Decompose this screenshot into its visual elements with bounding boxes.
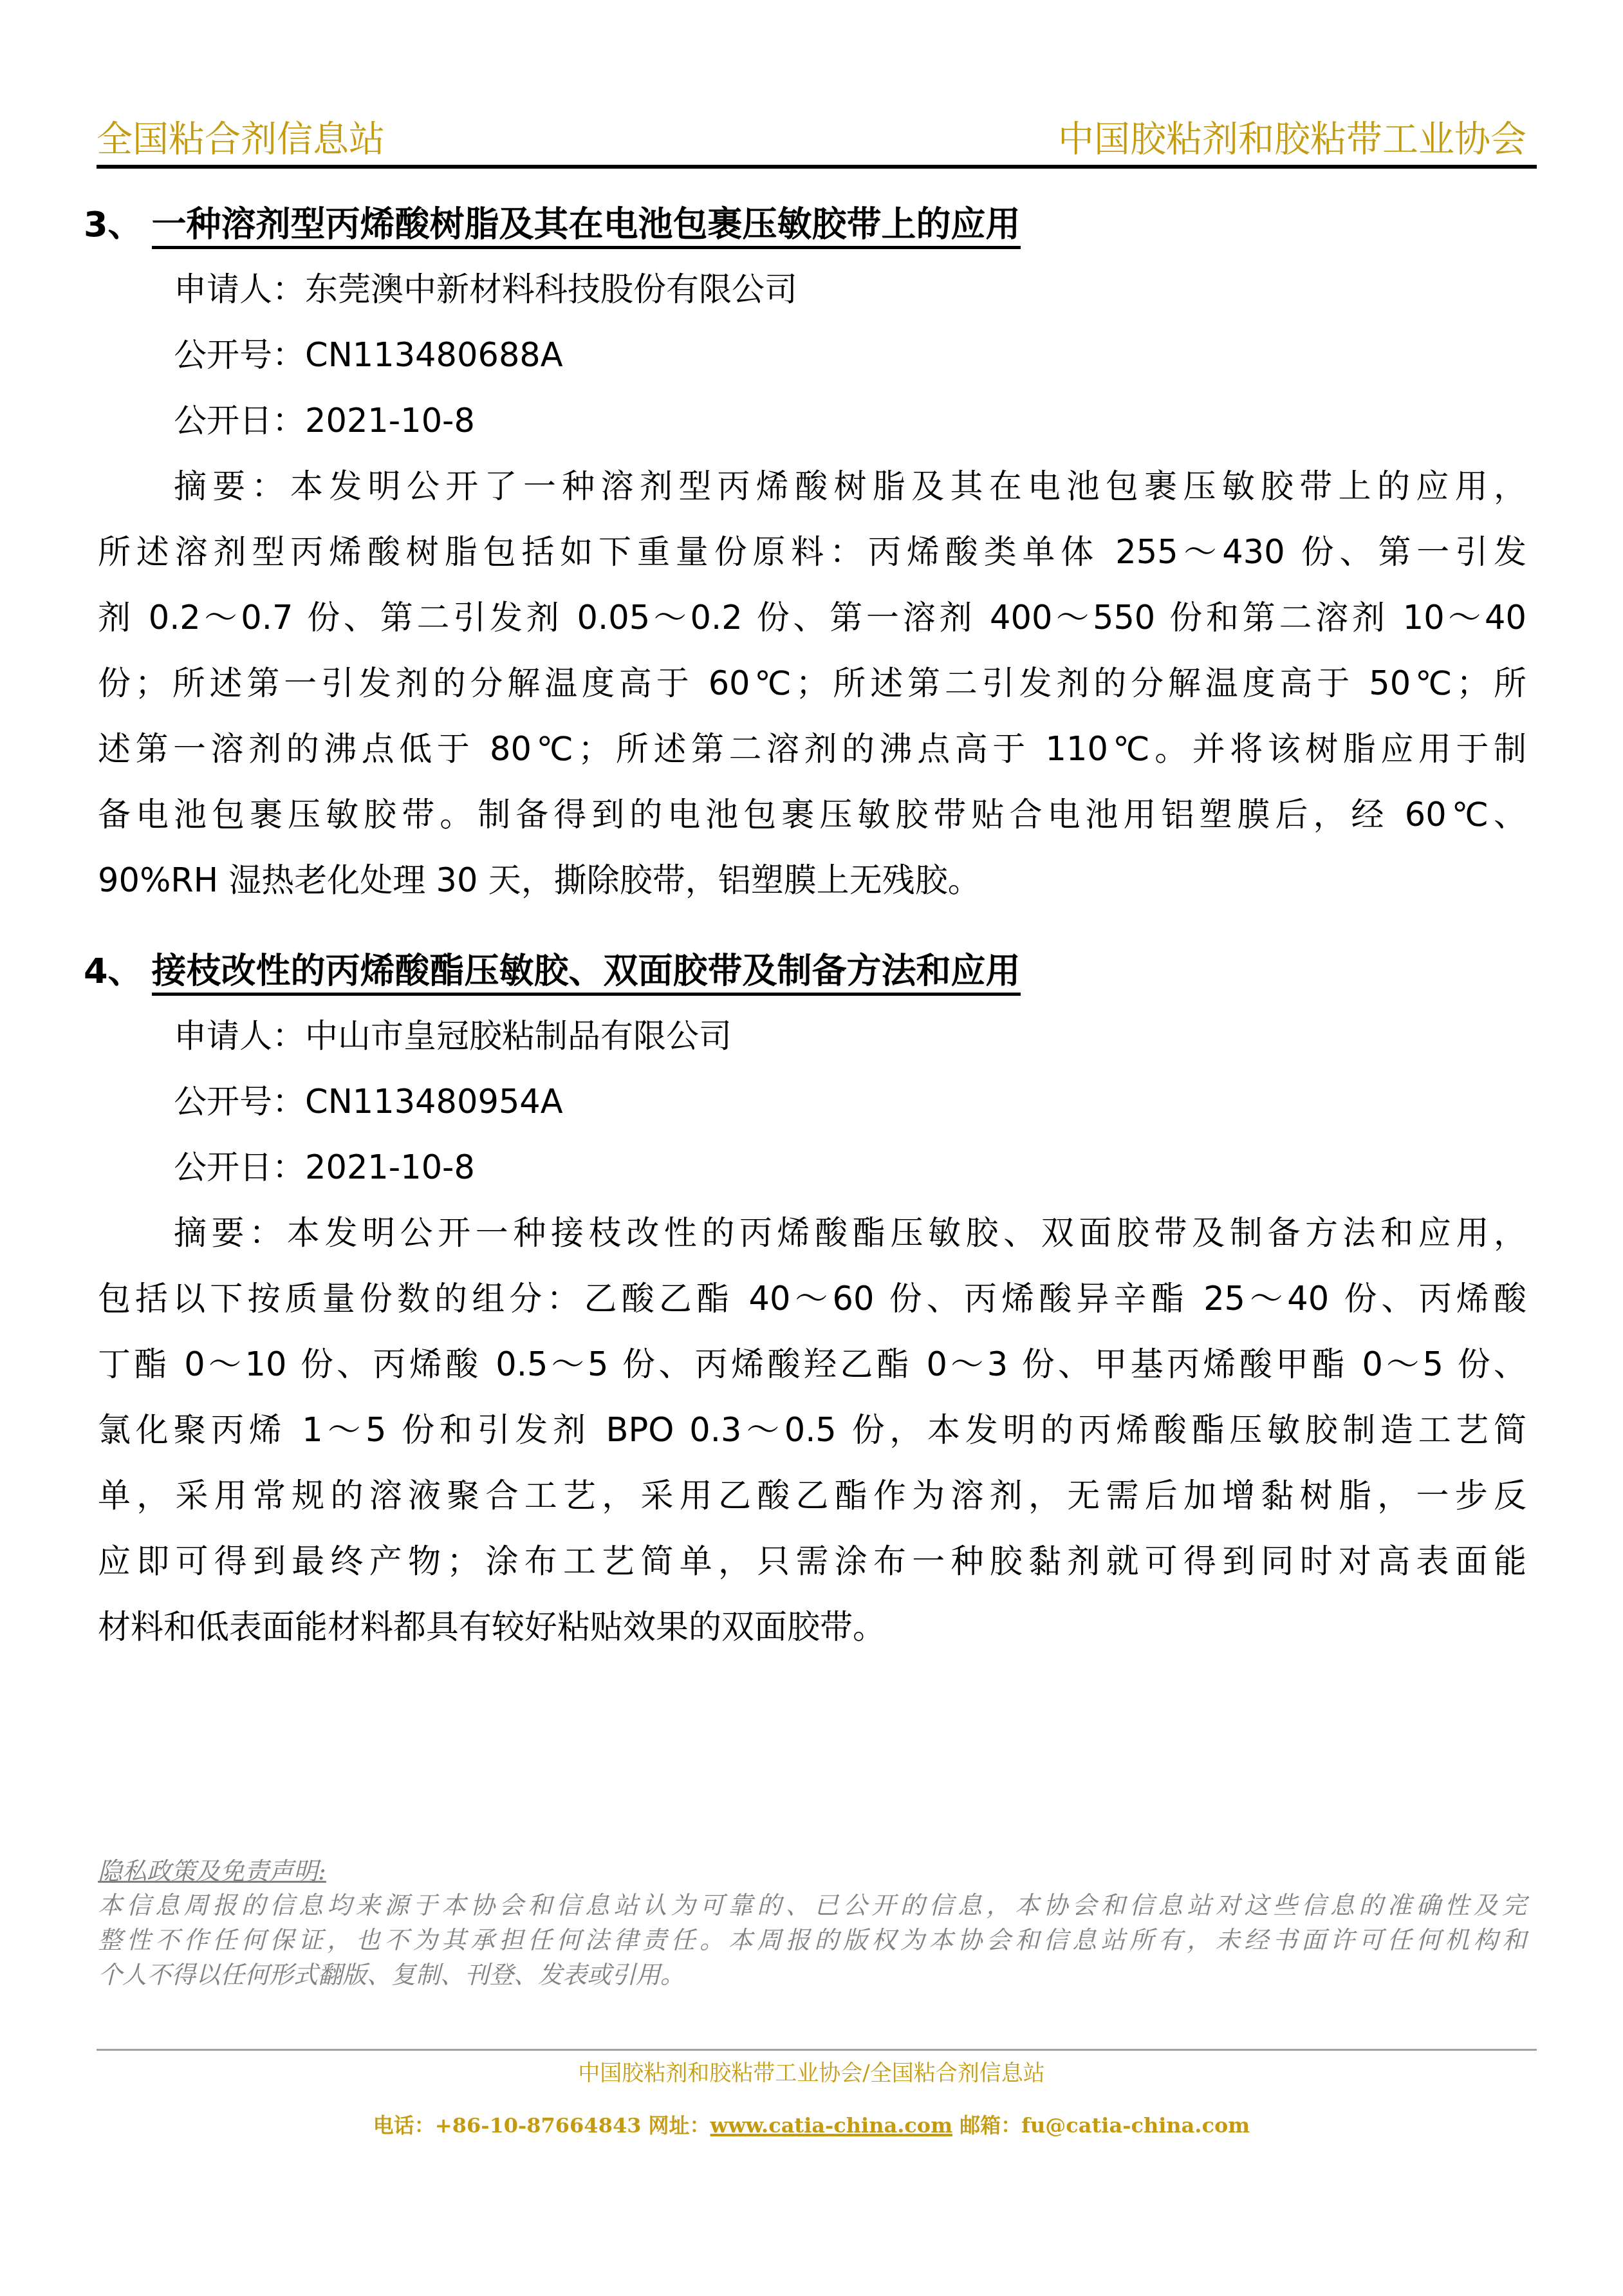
phone-label: 电话： [373, 2113, 435, 2138]
pub-date-label: 公开日： [174, 1149, 305, 1187]
section-4-abstract-line: 丁酯 0～10 份、丙烯酸 0.5～5 份、丙烯酸羟乙酯 0～3 份、甲基丙烯酸… [98, 1343, 1526, 1388]
section-4-abstract-line: 单，采用常规的溶液聚合工艺，采用乙酸乙酯作为溶剂，无需后加增黏树脂，一步反 [98, 1474, 1526, 1519]
disclaimer-title: 隐私政策及免责声明: [98, 1855, 326, 1887]
header-association-title: 中国胶粘剂和胶粘带工业协会 [1058, 117, 1526, 162]
section-3-abstract-line: 份；所述第一引发剂的分解温度高于 60℃；所述第二引发剂的分解温度高于 50℃；… [98, 662, 1526, 707]
section-3-abstract-line: 剂 0.2～0.7 份、第二引发剂 0.05～0.2 份、第一溶剂 400～55… [98, 596, 1526, 641]
section-3-abstract-line: 备电池包裹压敏胶带。制备得到的电池包裹压敏胶带贴合电池用铝塑膜后，经 60℃、 [98, 793, 1526, 838]
section-number: 3、 [84, 204, 143, 245]
section-4-applicant: 申请人：中山市皇冠胶粘制品有限公司 [174, 1014, 732, 1059]
section-4-pub-date: 公开日：2021-10-8 [174, 1146, 475, 1191]
section-3-abstract-line: 90%RH 湿热老化处理 30 天，撕除胶带，铝塑膜上无残胶。 [98, 859, 1526, 904]
applicant-value: 东莞澳中新材料科技股份有限公司 [305, 271, 797, 309]
section-4-abstract-line: 材料和低表面能材料都具有较好粘贴效果的双面胶带。 [98, 1605, 1526, 1650]
section-3-pub-no: 公开号：CN113480688A [174, 333, 563, 378]
section-4-pub-no: 公开号：CN113480954A [174, 1080, 563, 1125]
section-number: 4、 [84, 951, 143, 991]
section-4-abstract-line: 包括以下按质量份数的组分：乙酸乙酯 40～60 份、丙烯酸异辛酯 25～40 份… [98, 1277, 1526, 1322]
header-site-title: 全国粘合剂信息站 [97, 117, 385, 162]
section-4-abstract-line: 氯化聚丙烯 1～5 份和引发剂 BPO 0.3～0.5 份，本发明的丙烯酸酯压敏… [98, 1408, 1526, 1453]
section-3-abstract-line: 述第一溶剂的沸点低于 80℃；所述第二溶剂的沸点高于 110℃。并将该树脂应用于… [98, 727, 1526, 772]
header-divider [97, 165, 1537, 169]
footer-contact-line: 电话：+86-10-87664843 网址：www.catia-china.co… [0, 2109, 1623, 2142]
email-label: 邮箱： [952, 2113, 1021, 2138]
section-4-abstract-line: 摘要：本发明公开一种接枝改性的丙烯酸酯压敏胶、双面胶带及制备方法和应用， [174, 1211, 1526, 1256]
applicant-label: 申请人： [174, 1018, 305, 1056]
section-4-abstract-line: 应即可得到最终产物；涂布工艺简单，只需涂布一种胶黏剂就可得到同时对高表面能 [98, 1540, 1526, 1585]
section-title-text: 一种溶剂型丙烯酸树脂及其在电池包裹压敏胶带上的应用 [152, 204, 1021, 249]
section-3-applicant: 申请人：东莞澳中新材料科技股份有限公司 [174, 268, 797, 313]
pub-no-label: 公开号： [174, 1083, 305, 1121]
section-3-abstract-line: 所述溶剂型丙烯酸树脂包括如下重量份原料：丙烯酸类单体 255～430 份、第一引… [98, 530, 1526, 575]
disclaimer-line: 个人不得以任何形式翻版、复制、刊登、发表或引用。 [98, 1958, 1526, 1992]
disclaimer-line: 本信息周报的信息均来源于本协会和信息站认为可靠的、已公开的信息，本协会和信息站对… [98, 1889, 1526, 1922]
section-3-pub-date: 公开日：2021-10-8 [174, 399, 475, 444]
pub-date-value: 2021-10-8 [305, 1149, 475, 1187]
pub-no-value: CN113480688A [305, 337, 563, 375]
applicant-label: 申请人： [174, 271, 305, 309]
disclaimer-line: 整性不作任何保证，也不为其承担任何法律责任。本周报的版权为本协会和信息站所有，未… [98, 1923, 1526, 1957]
pub-date-value: 2021-10-8 [305, 402, 475, 440]
footer-divider [97, 2049, 1537, 2051]
section-4-title: 4、接枝改性的丙烯酸酯压敏胶、双面胶带及制备方法和应用 [84, 949, 1021, 994]
footer-org-line: 中国胶粘剂和胶粘带工业协会/全国粘合剂信息站 [0, 2057, 1623, 2089]
section-3-abstract-line: 摘要：本发明公开了一种溶剂型丙烯酸树脂及其在电池包裹压敏胶带上的应用， [174, 465, 1526, 510]
pub-date-label: 公开日： [174, 402, 305, 440]
website-label: 网址： [641, 2113, 710, 2138]
applicant-value: 中山市皇冠胶粘制品有限公司 [305, 1018, 732, 1056]
section-title-text: 接枝改性的丙烯酸酯压敏胶、双面胶带及制备方法和应用 [152, 951, 1021, 996]
section-3-title: 3、一种溶剂型丙烯酸树脂及其在电池包裹压敏胶带上的应用 [84, 202, 1021, 247]
email-value[interactable]: fu@catia-china.com [1021, 2113, 1250, 2138]
phone-value: +86-10-87664843 [435, 2113, 642, 2138]
pub-no-value: CN113480954A [305, 1083, 563, 1121]
website-link[interactable]: www.catia-china.com [710, 2113, 952, 2138]
pub-no-label: 公开号： [174, 337, 305, 375]
